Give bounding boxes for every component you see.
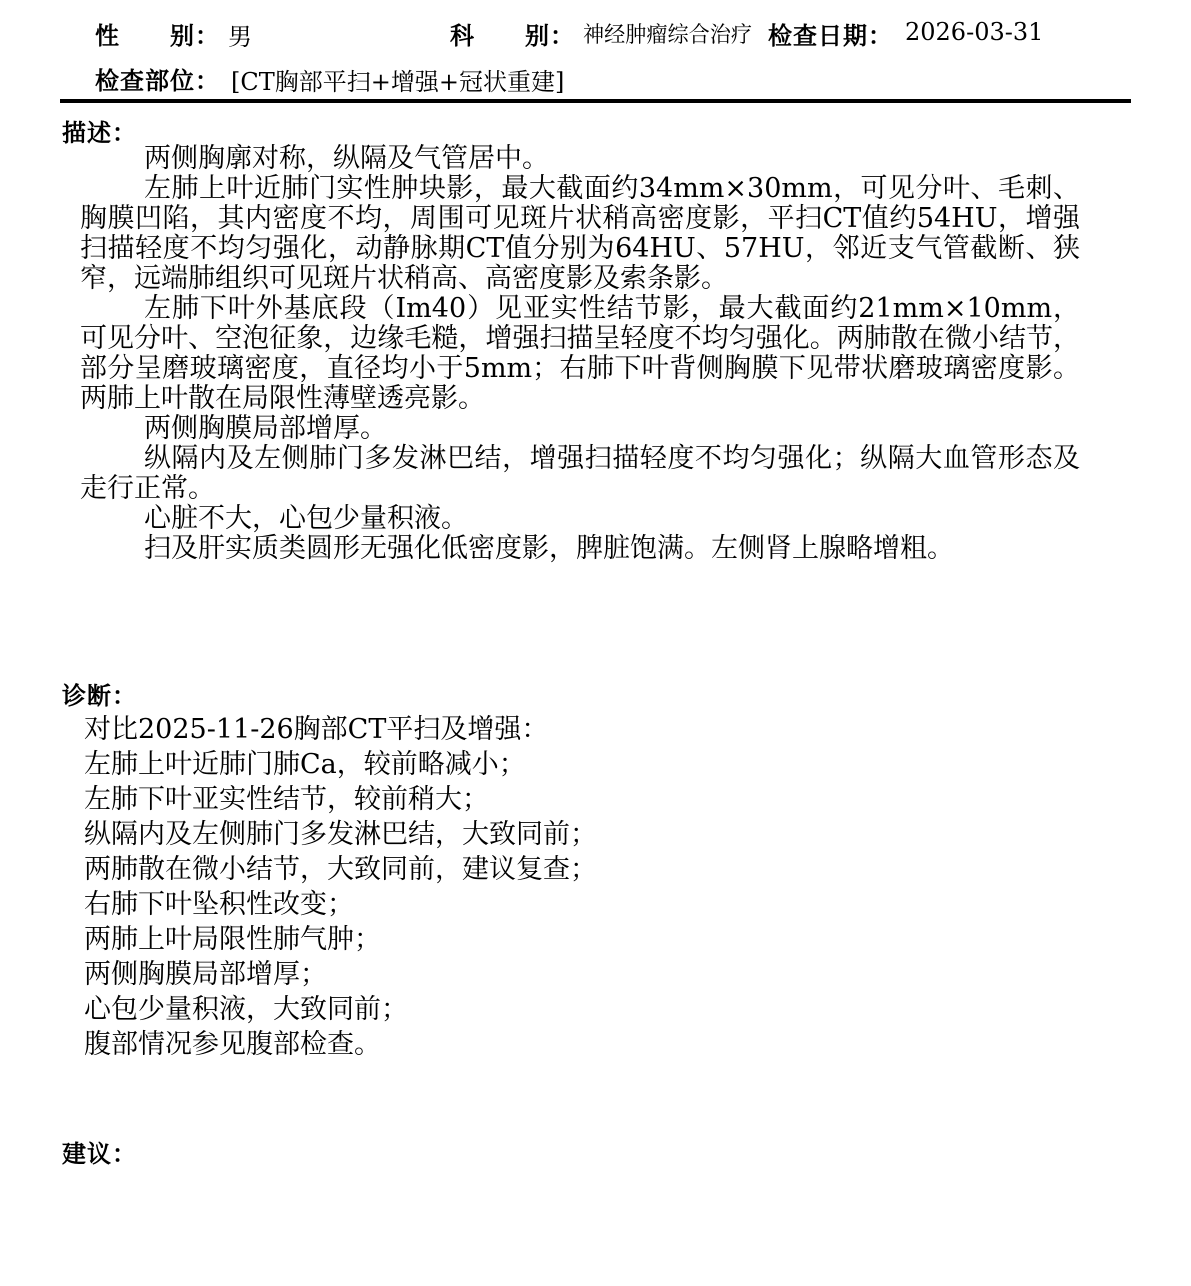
diagnosis-line: 左肺上叶近肺门肺Ca，较前略减小；: [84, 747, 1084, 782]
description-section-label: 描述：: [62, 113, 137, 148]
department-value: 神经肿瘤综合治疗: [583, 18, 752, 49]
diagnosis-line: 右肺下叶坠积性改变；: [84, 887, 1084, 922]
description-paragraph: 纵隔内及左侧肺门多发淋巴结，增强扫描轻度不均匀强化；纵隔大血管形态及走行正常。: [80, 444, 1080, 504]
gender-value: 男: [228, 17, 252, 52]
header-divider: [60, 99, 1131, 103]
department-label: 科 别：: [450, 16, 575, 51]
diagnosis-line: 两肺上叶局限性肺气肿；: [84, 922, 1084, 957]
diagnosis-section-label: 诊断：: [62, 676, 137, 711]
exam-date-label: 检查日期：: [768, 16, 893, 51]
diagnosis-line: 腹部情况参见腹部检查。: [84, 1027, 1084, 1062]
diagnosis-body: 对比2025-11-26胸部CT平扫及增强： 左肺上叶近肺门肺Ca，较前略减小；…: [84, 712, 1084, 1062]
ct-report-page: 性 别： 男 科 别： 神经肿瘤综合治疗 检查日期： 2026-03-31 检查…: [0, 0, 1191, 1286]
diagnosis-line: 心包少量积液，大致同前；: [84, 992, 1084, 1027]
diagnosis-line: 对比2025-11-26胸部CT平扫及增强：: [84, 712, 1084, 747]
description-paragraph: 扫及肝实质类圆形无强化低密度影，脾脏饱满。左侧肾上腺略增粗。: [80, 534, 1080, 564]
description-paragraph: 左肺下叶外基底段（Im40）见亚实性结节影，最大截面约21mm×10mm，可见分…: [80, 294, 1080, 414]
description-paragraph: 两侧胸廓对称，纵隔及气管居中。: [80, 144, 1080, 174]
diagnosis-line: 左肺下叶亚实性结节，较前稍大；: [84, 782, 1084, 817]
gender-label: 性 别：: [95, 16, 220, 51]
description-paragraph: 两侧胸膜局部增厚。: [80, 414, 1080, 444]
diagnosis-line: 两侧胸膜局部增厚；: [84, 957, 1084, 992]
diagnosis-line: 纵隔内及左侧肺门多发淋巴结，大致同前；: [84, 817, 1084, 852]
exam-site-value: [CT胸部平扫+增强+冠状重建]: [231, 62, 564, 97]
diagnosis-line: 两肺散在微小结节，大致同前，建议复查；: [84, 852, 1084, 887]
suggestion-section-label: 建议：: [62, 1134, 137, 1169]
description-paragraph: 左肺上叶近肺门实性肿块影，最大截面约34mm×30mm，可见分叶、毛刺、胸膜凹陷…: [80, 174, 1080, 294]
exam-site-label: 检查部位：: [95, 61, 220, 96]
description-paragraph: 心脏不大，心包少量积液。: [80, 504, 1080, 534]
description-body: 两侧胸廓对称，纵隔及气管居中。 左肺上叶近肺门实性肿块影，最大截面约34mm×3…: [80, 144, 1080, 564]
exam-date-value: 2026-03-31: [905, 18, 1043, 46]
